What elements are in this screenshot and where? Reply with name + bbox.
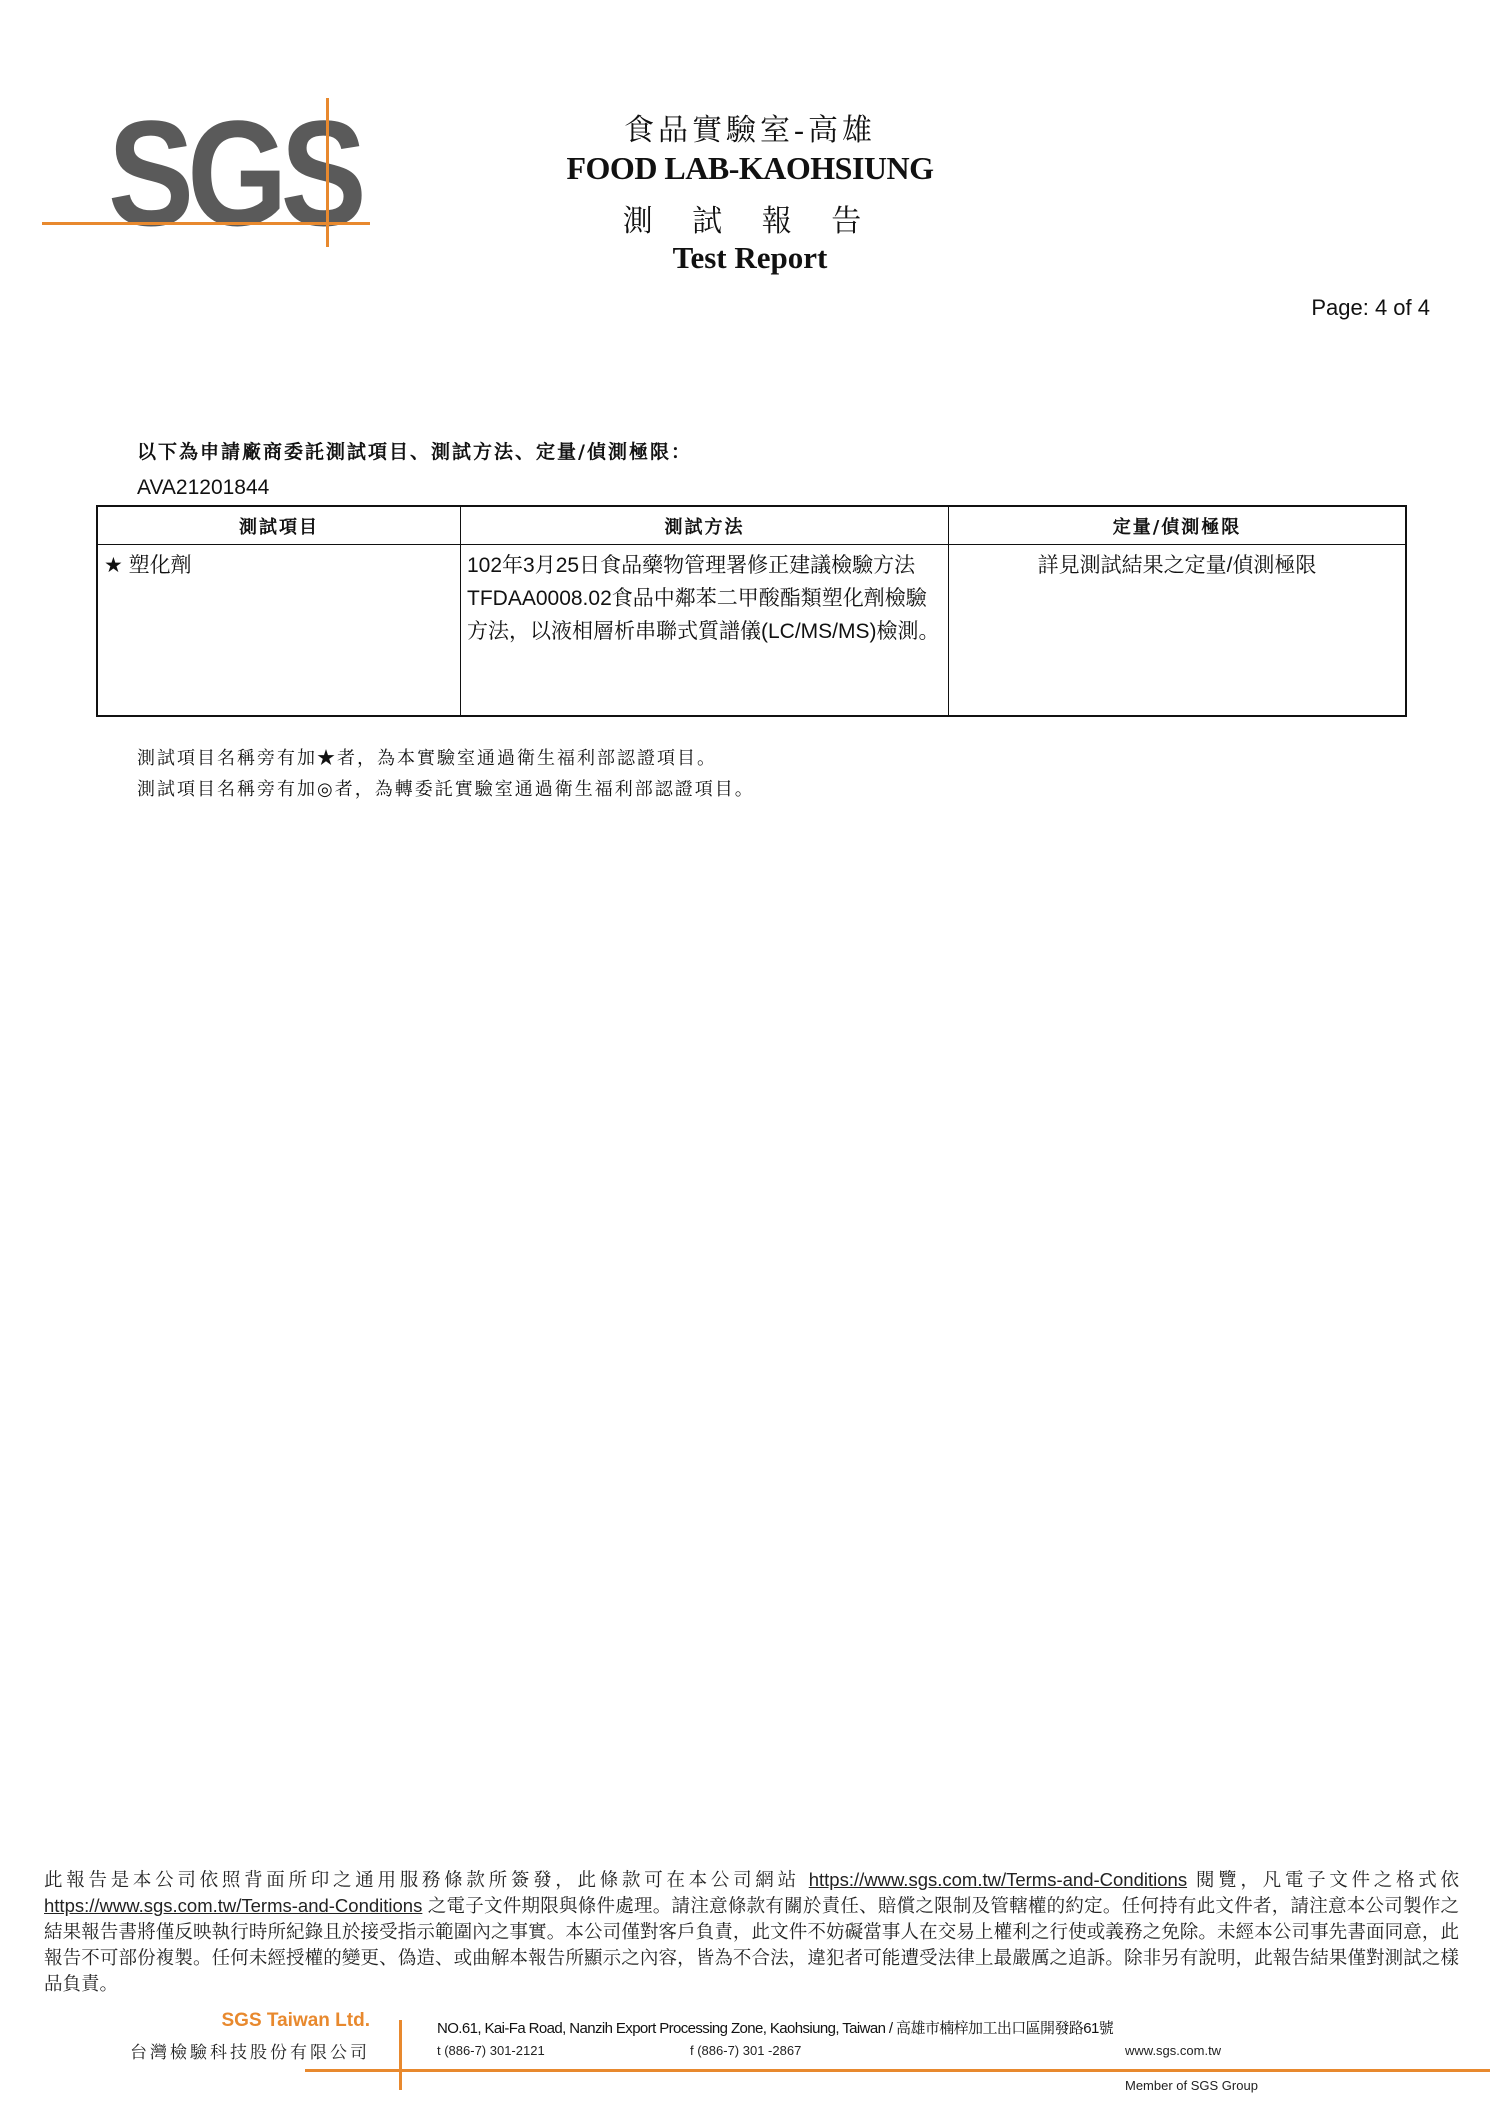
- header-detection-limit: 定量/偵測極限: [949, 506, 1407, 545]
- report-title-chinese: 測 試 報 告: [500, 196, 1000, 240]
- disclaimer-text-2: 閱覽，凡電子文件之格式依: [1187, 1869, 1459, 1890]
- lab-name-chinese: 食品實驗室-高雄: [500, 105, 1000, 149]
- disclaimer: 此報告是本公司依照背面所印之通用服務條款所簽發，此條款可在本公司網站 https…: [44, 1867, 1459, 1997]
- notes: 測試項目名稱旁有加★者，為本實驗室通過衛生福利部認證項目。 測試項目名稱旁有加◎…: [137, 743, 755, 805]
- header-test-method: 測試方法: [461, 506, 949, 545]
- intro-text: 以下為申請廠商委託測試項目、測試方法、定量/偵測極限：: [137, 437, 692, 464]
- footer-horizontal-divider: [305, 2069, 1490, 2072]
- company-website: www.sgs.com.tw: [1125, 2043, 1221, 2058]
- sgs-logo: SGS: [42, 98, 372, 248]
- logo-vertical-line: [326, 98, 329, 247]
- page-number: Page: 4 of 4: [1311, 295, 1430, 321]
- logo-text: SGS: [108, 98, 360, 248]
- cell-test-method: 102年3月25日食品藥物管理署修正建議檢驗方法TFDAA0008.02食品中鄰…: [461, 545, 949, 717]
- note-star: 測試項目名稱旁有加★者，為本實驗室通過衛生福利部認證項目。: [137, 743, 755, 774]
- report-title-english: Test Report: [500, 240, 1000, 276]
- disclaimer-text-1: 此報告是本公司依照背面所印之通用服務條款所簽發，此條款可在本公司網站: [44, 1869, 809, 1890]
- company-block: SGS Taiwan Ltd. 台灣檢驗科技股份有限公司: [130, 2010, 370, 2063]
- logo-horizontal-line: [42, 222, 370, 225]
- note-double-circle: 測試項目名稱旁有加◎者，為轉委託實驗室通過衛生福利部認證項目。: [137, 774, 755, 805]
- header-test-item: 測試項目: [97, 506, 461, 545]
- terms-link-2[interactable]: https://www.sgs.com.tw/Terms-and-Conditi…: [44, 1895, 422, 1916]
- company-address: NO.61, Kai-Fa Road, Nanzih Export Proces…: [437, 2017, 1113, 2038]
- member-of-group: Member of SGS Group: [1125, 2078, 1258, 2093]
- report-id: AVA21201844: [137, 476, 269, 500]
- footer-vertical-divider: [399, 2020, 402, 2090]
- company-name-chinese: 台灣檢驗科技股份有限公司: [130, 2038, 370, 2063]
- table-header-row: 測試項目 測試方法 定量/偵測極限: [97, 506, 1406, 545]
- company-telephone: t (886-7) 301-2121: [437, 2043, 545, 2058]
- test-items-table: 測試項目 測試方法 定量/偵測極限 ★ 塑化劑 102年3月25日食品藥物管理署…: [96, 505, 1407, 717]
- company-fax: f (886-7) 301 -2867: [690, 2043, 801, 2058]
- table-row: ★ 塑化劑 102年3月25日食品藥物管理署修正建議檢驗方法TFDAA0008.…: [97, 545, 1406, 717]
- cell-test-item: ★ 塑化劑: [97, 545, 461, 717]
- company-name-english: SGS Taiwan Ltd.: [130, 2010, 370, 2032]
- lab-name-english: FOOD LAB-KAOHSIUNG: [500, 150, 1000, 187]
- terms-link-1[interactable]: https://www.sgs.com.tw/Terms-and-Conditi…: [809, 1869, 1187, 1890]
- cell-detection-limit: 詳見測試結果之定量/偵測極限: [949, 545, 1407, 717]
